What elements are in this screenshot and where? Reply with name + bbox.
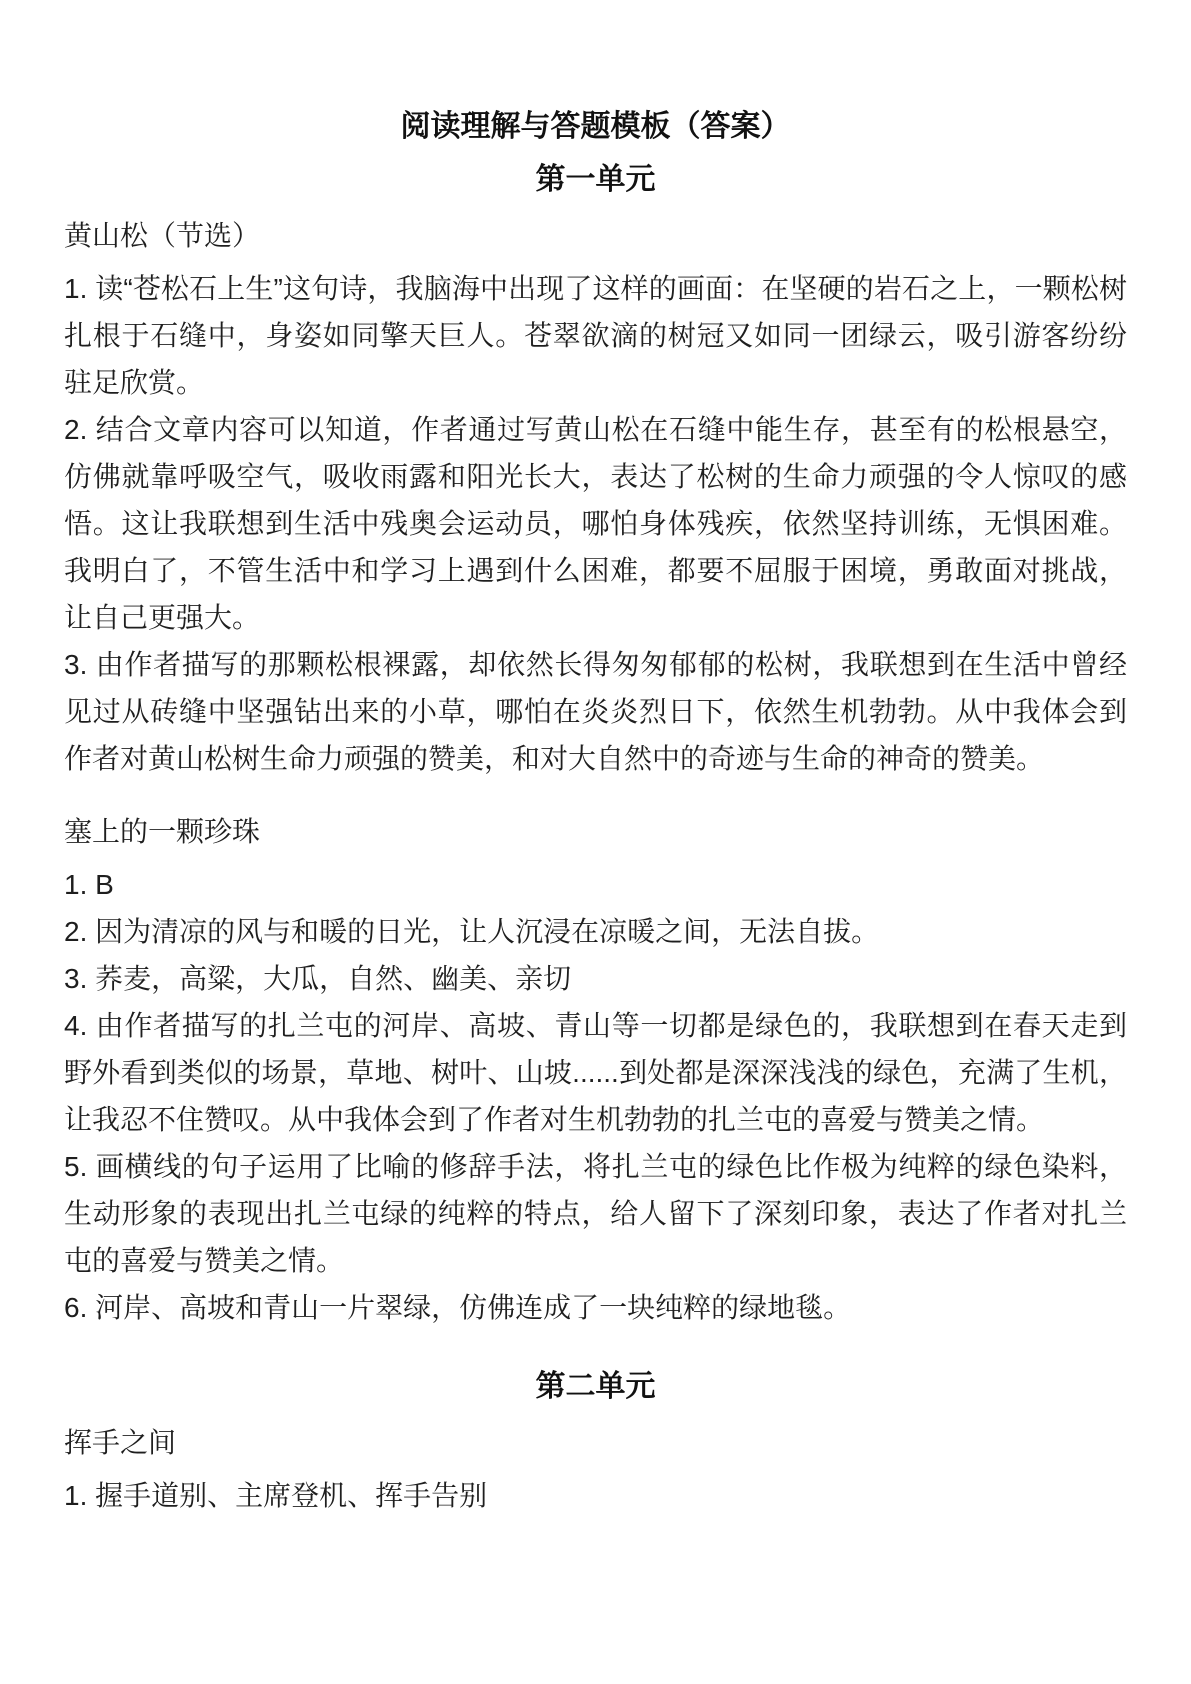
answer-sheet-page: 阅读理解与答题模板（答案） 第一单元 黄山松（节选） 1. 读“苍松石上生”这句…	[0, 0, 1191, 1684]
unit-1-heading: 第一单元	[64, 156, 1127, 204]
doc-title: 阅读理解与答题模板（答案）	[64, 103, 1127, 151]
answer-item: 2. 因为清凉的风与和暖的日光，让人沉浸在凉暖之间，无法自拔。	[64, 908, 1127, 955]
answer-item: 6. 河岸、高坡和青山一片翠绿，仿佛连成了一块纯粹的绿地毯。	[64, 1284, 1127, 1331]
answer-item: 5. 画横线的句子运用了比喻的修辞手法，将扎兰屯的绿色比作极为纯粹的绿色染料，生…	[64, 1143, 1127, 1284]
answer-item: 1. 读“苍松石上生”这句诗，我脑海中出现了这样的画面：在坚硬的岩石之上，一颗松…	[64, 265, 1127, 406]
answer-item: 1. 握手道别、主席登机、挥手告别	[64, 1472, 1127, 1519]
passage-huangshan-pine: 黄山松（节选） 1. 读“苍松石上生”这句诗，我脑海中出现了这样的画面：在坚硬的…	[64, 212, 1127, 782]
answer-item: 2. 结合文章内容可以知道，作者通过写黄山松在石缝中能生存，甚至有的松根悬空，仿…	[64, 406, 1127, 641]
answer-item: 4. 由作者描写的扎兰屯的河岸、高坡、青山等一切都是绿色的，我联想到在春天走到野…	[64, 1002, 1127, 1143]
answer-item: 3. 由作者描写的那颗松根裸露，却依然长得匆匆郁郁的松树，我联想到在生活中曾经见…	[64, 641, 1127, 782]
section-unit-1: 第一单元 黄山松（节选） 1. 读“苍松石上生”这句诗，我脑海中出现了这样的画面…	[64, 156, 1127, 1331]
passage-title-between-waves: 挥手之间	[64, 1419, 1127, 1466]
passage-between-waves: 挥手之间 1. 握手道别、主席登机、挥手告别	[64, 1419, 1127, 1519]
passage-title-huangshan-pine: 黄山松（节选）	[64, 212, 1127, 259]
section-unit-2: 第二单元 挥手之间 1. 握手道别、主席登机、挥手告别	[64, 1363, 1127, 1519]
answer-item: 3. 荞麦，高粱，大瓜，自然、幽美、亲切	[64, 955, 1127, 1002]
passage-pearl-on-frontier: 塞上的一颗珍珠 1. B 2. 因为清凉的风与和暖的日光，让人沉浸在凉暖之间，无…	[64, 808, 1127, 1331]
unit-2-heading: 第二单元	[64, 1363, 1127, 1411]
answer-item: 1. B	[64, 861, 1127, 908]
passage-title-pearl-on-frontier: 塞上的一颗珍珠	[64, 808, 1127, 855]
